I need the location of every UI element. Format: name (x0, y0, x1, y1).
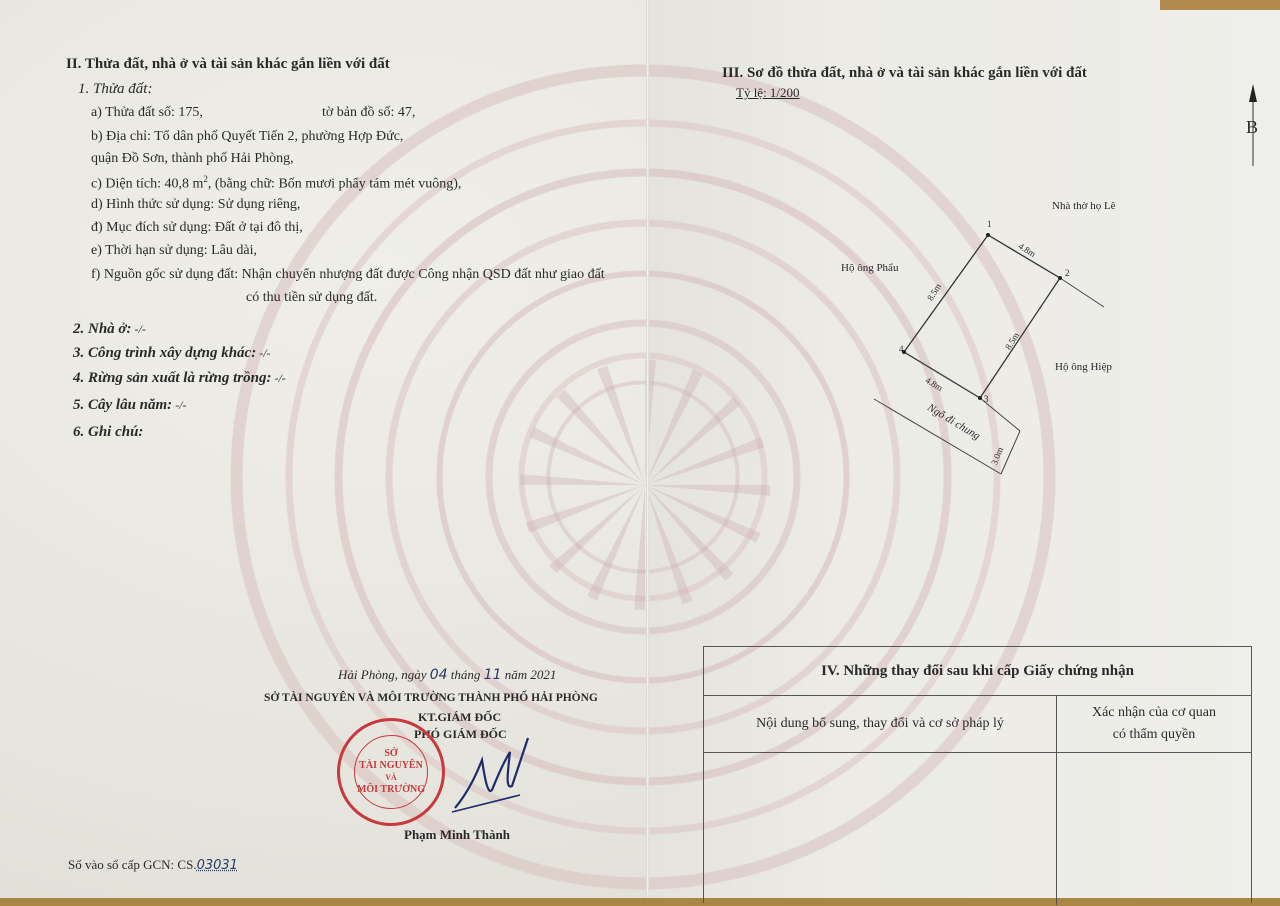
changes-table-empty-row (704, 753, 1251, 905)
changes-table-title: IV. Những thay đổi sau khi cấp Giấy chứn… (704, 647, 1251, 696)
column-header-line: Xác nhận của cơ quan (1092, 702, 1216, 724)
column-header-confirmation: Xác nhận của cơ quan có thẩm quyền (1057, 696, 1251, 752)
changes-table-header: Nội dung bổ sung, thay đổi và cơ sở pháp… (704, 696, 1251, 753)
column-header-changes: Nội dung bổ sung, thay đổi và cơ sở pháp… (704, 696, 1057, 752)
vertex-4-label: 4 (899, 344, 904, 354)
changes-table: IV. Những thay đổi sau khi cấp Giấy chứn… (703, 646, 1252, 903)
neighbor-north-east: Nhà thờ họ Lê (1052, 200, 1116, 212)
neighbor-east: Hộ ông Hiệp (1055, 361, 1112, 373)
vertex-3-label: 3 (984, 394, 989, 404)
neighbor-west: Hộ ông Phẩu (841, 262, 898, 274)
vertex-1-label: 1 (987, 219, 992, 229)
confirmation-cell (1057, 753, 1251, 905)
column-header-line: có thẩm quyền (1092, 724, 1216, 746)
vertex-2-label: 2 (1065, 268, 1070, 278)
changes-cell (704, 753, 1057, 905)
